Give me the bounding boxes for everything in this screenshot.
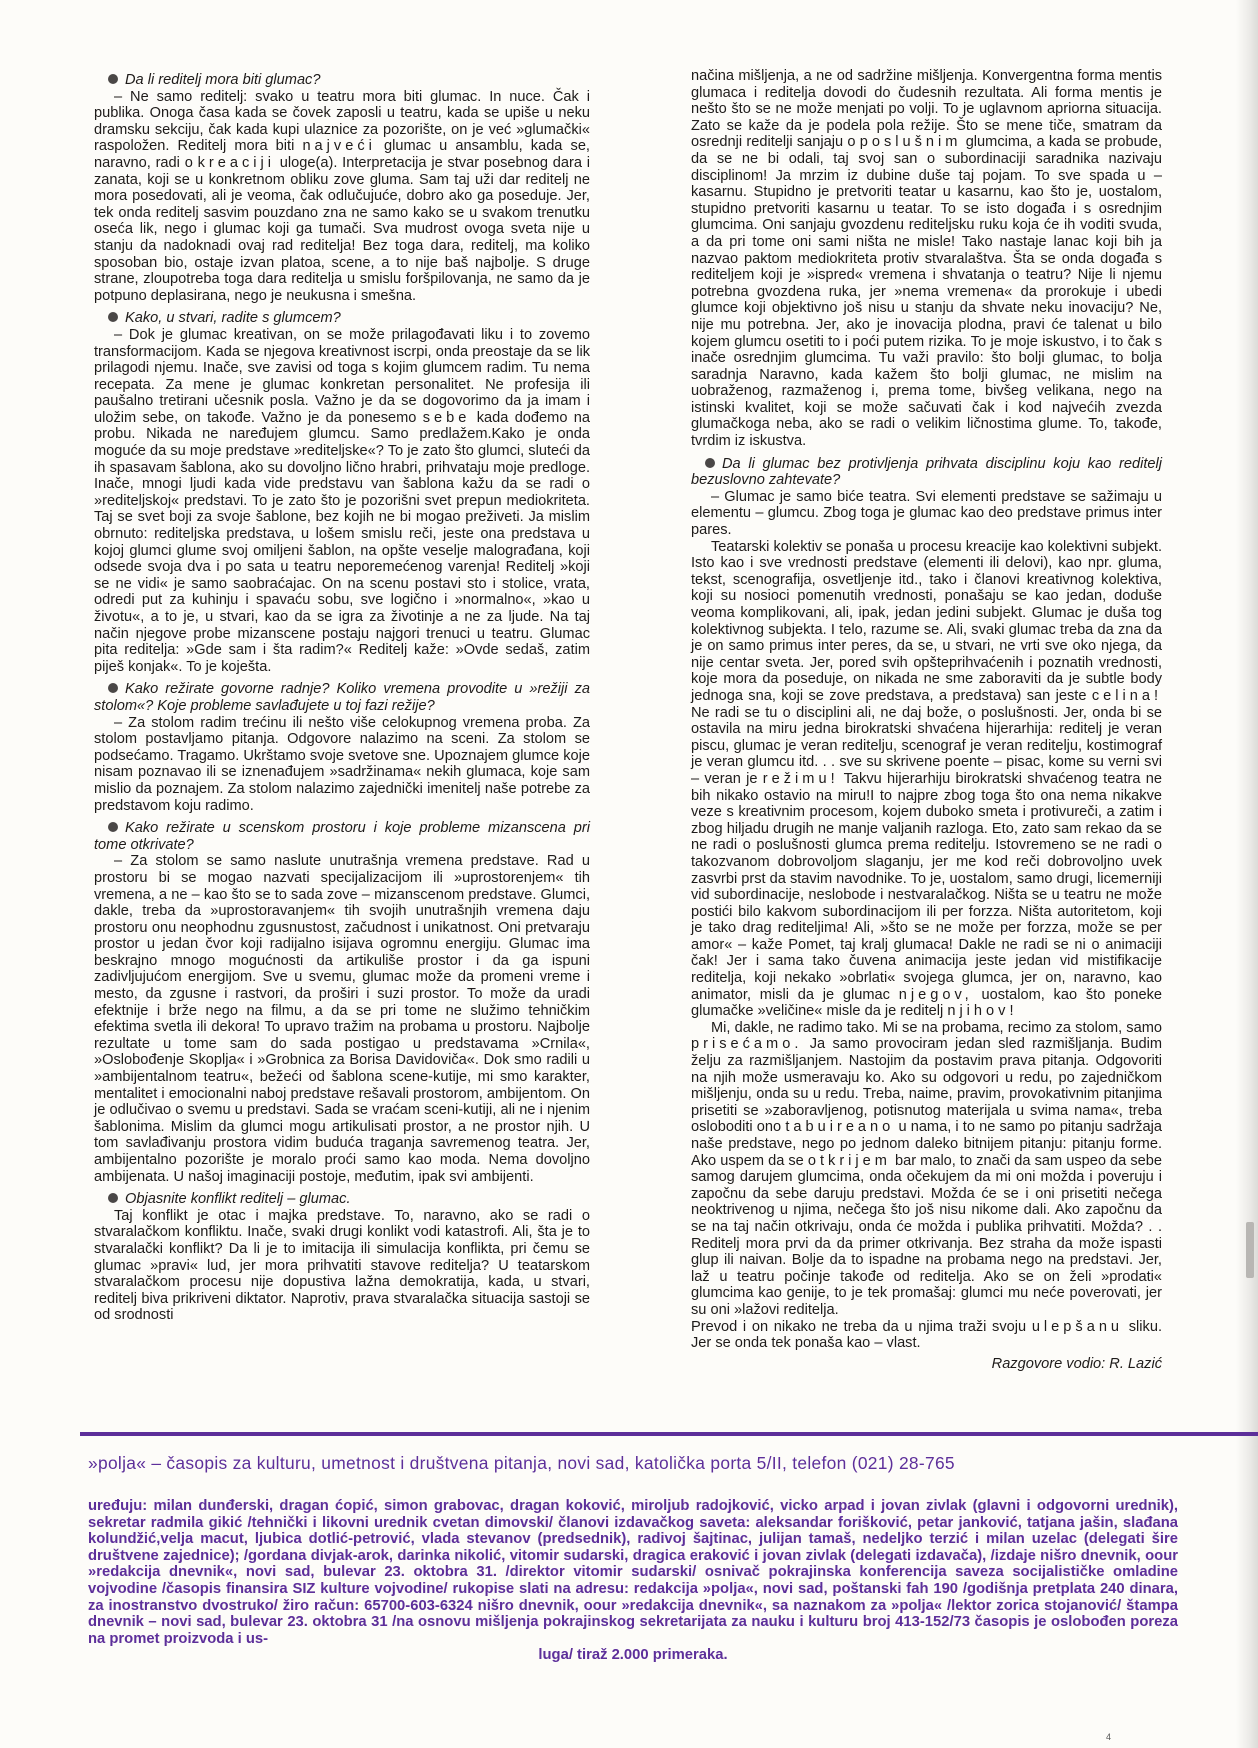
interview-question: Da li reditelj mora biti glumac? [94,72,590,89]
interview-answer: – Za stolom se samo naslute unutrašnja v… [94,853,590,1185]
interview-answer: Prevod i on nikako ne treba da u njima t… [691,1319,1162,1352]
answer-text: – Za stolom radim trećinu ili nešto više… [94,715,590,814]
answer-text: Taj konflikt je otac i majka predstave. … [94,1208,590,1324]
emphasized-spaced-word: najveći [302,138,375,154]
emphasized-spaced-word: prisećamo. [691,1036,802,1052]
article-left-column: Da li reditelj mora biti glumac?– Ne sam… [94,72,590,1324]
emphasized-spaced-word: kreaciji [198,155,275,171]
answer-text: glumcima, a kada se probude, da se ne bi… [691,134,1162,449]
interview-answer: – Za stolom radim trećinu ili nešto više… [94,715,590,815]
answer-text: uloge(a). Interpretacija je stvar posebn… [94,155,590,304]
emphasized-spaced-word: celina! [1092,688,1162,704]
article-right-column: načina mišljenja, a ne od sadržine mišlj… [691,68,1162,1372]
question-text: Objasnite konflikt reditelj – glumac. [125,1191,351,1207]
answer-text: bar malo, to znači da sam uspeo da sebe … [691,1153,1162,1318]
interview-question: Kako režirate u scenskom prostoru i koje… [94,820,590,853]
masthead-divider [80,1432,1258,1436]
interview-answer: Mi, dakle, ne radimo tako. Mi se na prob… [691,1020,1162,1319]
interview-answer: – Dok je glumac kreativan, on se može pr… [94,327,590,675]
answer-text: – Glumac je samo biće teatra. Svi elemen… [691,489,1162,538]
page-tab-marker [1246,1222,1254,1278]
bullet-dot-icon [108,74,118,84]
emphasized-spaced-word: otkrijem [808,1153,891,1169]
question-text: Kako režirate u scenskom prostoru i koje… [94,820,590,853]
page-edge-shadow [1236,0,1258,1748]
answer-text: Prevod i on nikako ne treba da u njima t… [691,1319,1032,1335]
emphasized-spaced-word: njegov, [899,987,973,1003]
interview-question: Objasnite konflikt reditelj – glumac. [94,1191,590,1208]
question-text: Kako, u stvari, radite s glumcem? [125,310,341,326]
interview-question: Kako režirate govorne radnje? Koliko vre… [94,681,590,714]
emphasized-spaced-word: ulepšanu [1032,1319,1123,1335]
bullet-dot-icon [108,822,118,832]
emphasized-spaced-word: režimu! [763,771,839,787]
interview-answer: načina mišljenja, a ne od sadržine mišlj… [691,68,1162,450]
interview-answer: Taj konflikt je otac i majka predstave. … [94,1208,590,1324]
question-text: Da li reditelj mora biti glumac? [125,72,320,88]
interviewer-signature: Razgovore vodio: R. Lazić [691,1356,1162,1373]
interview-question: Kako, u stvari, radite s glumcem? [94,310,590,327]
question-text: Da li glumac bez protivljenja prihvata d… [691,456,1162,489]
masthead-credits-text: uređuju: milan dunđerski, dragan ćopić, … [88,1498,1178,1647]
answer-text: Teatarski kolektiv se ponaša u procesu k… [691,539,1162,704]
interview-answer: Teatarski kolektiv se ponaša u procesu k… [691,539,1162,1020]
answer-text: Mi, dakle, ne radimo tako. Mi se na prob… [711,1020,1162,1036]
bullet-dot-icon [705,458,715,468]
emphasized-spaced-word: njihov! [947,1003,1017,1019]
answer-text: – Za stolom se samo naslute unutrašnja v… [94,853,590,1184]
bullet-dot-icon [108,1193,118,1203]
masthead-title: »polja« – časopis za kulturu, umetnost i… [88,1453,1188,1474]
interview-answer: – Glumac je samo biće teatra. Svi elemen… [691,489,1162,539]
emphasized-spaced-word: tabuireano [785,1119,894,1135]
interview-question: Da li glumac bez protivljenja prihvata d… [691,456,1162,489]
interview-answer: – Ne samo reditelj: svako u teatru mora … [94,89,590,305]
masthead-credits-last-line: luga/ tiraž 2.000 primeraka. [88,1647,1178,1664]
bullet-dot-icon [108,312,118,322]
bullet-dot-icon [108,683,118,693]
page-number: 4 [1106,1732,1111,1742]
emphasized-spaced-word: sebe [423,410,471,426]
masthead-credits: uređuju: milan dunđerski, dragan ćopić, … [88,1498,1178,1664]
question-text: Kako režirate govorne radnje? Koliko vre… [94,681,590,714]
answer-text: kada dođemo na probu. Nikada ne naređuje… [94,410,590,675]
answer-text: Takvu hijerarhiju birokratski shvaćenog … [691,771,1162,1003]
emphasized-spaced-word: poslušnim [860,134,962,150]
